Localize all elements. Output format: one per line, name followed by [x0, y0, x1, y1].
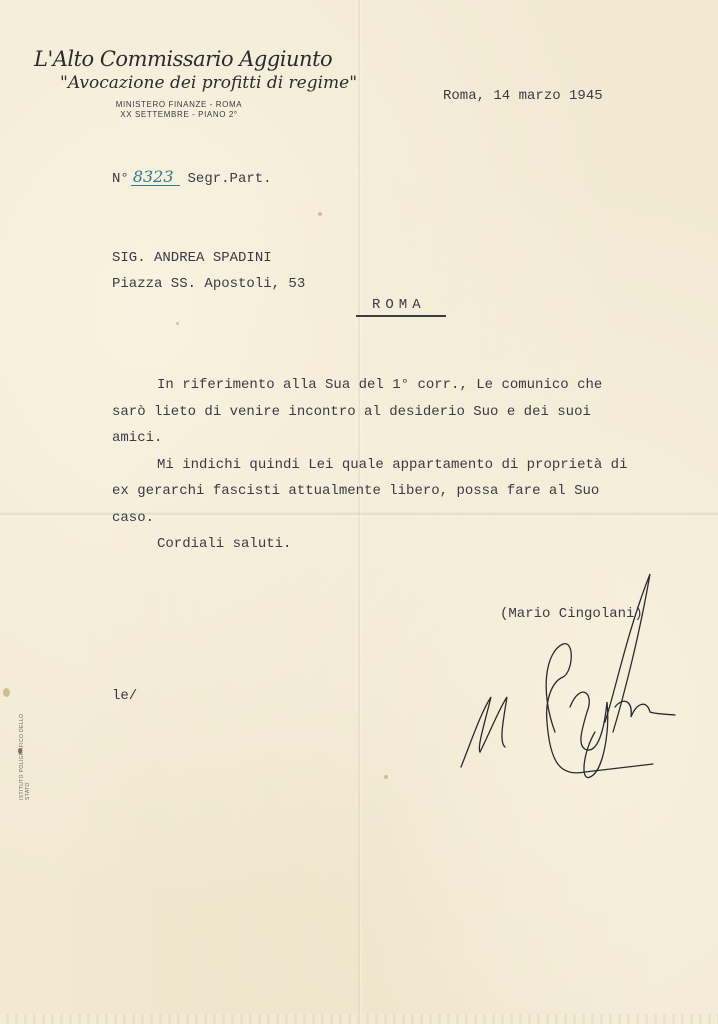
typist-initials: le/: [112, 688, 137, 704]
letter-body: In riferimento alla Sua del 1° corr., Le…: [112, 372, 642, 558]
letter-page: L'Alto Commissario Aggiunto "Avocazione …: [0, 0, 718, 1024]
letter-date: Roma, 14 marzo 1945: [443, 88, 603, 104]
protocol-office: Segr.Part.: [188, 171, 272, 187]
handwritten-signature: [455, 572, 685, 787]
foxing-spot: [384, 775, 388, 779]
foxing-spot: [176, 322, 179, 325]
letterhead: L'Alto Commissario Aggiunto "Avocazione …: [34, 46, 334, 120]
protocol-handwritten-number: 8323: [131, 169, 180, 186]
body-closing: Cordiali saluti.: [112, 531, 642, 558]
addressee-block: SIG. ANDREA SPADINI Piazza SS. Apostoli,…: [112, 245, 305, 297]
paper-bottom-edge: [0, 1014, 718, 1024]
body-paragraph-1: In riferimento alla Sua del 1° corr., Le…: [112, 372, 642, 452]
letterhead-subtitle: "Avocazione dei profitti di regime": [60, 72, 334, 94]
protocol-number: N°8323Segr.Part.: [112, 169, 272, 187]
body-paragraph-2: Mi indichi quindi Lei quale appartamento…: [112, 452, 642, 532]
addressee-city: ROMA: [356, 297, 446, 317]
foxing-spot: [318, 212, 322, 216]
addressee-name: SIG. ANDREA SPADINI: [112, 245, 305, 271]
addressee-street: Piazza SS. Apostoli, 53: [112, 271, 305, 297]
protocol-prefix: N°: [112, 171, 129, 187]
printer-imprint-mark: ISTITUTO POLIGRAFICO DELLO STATO: [19, 700, 27, 800]
letterhead-ministry: MINISTERO FINANZE - ROMA: [74, 100, 284, 110]
letterhead-title: L'Alto Commissario Aggiunto: [34, 46, 334, 72]
foxing-spot: [3, 688, 10, 697]
letterhead-address: XX SETTEMBRE - PIANO 2°: [74, 110, 284, 120]
